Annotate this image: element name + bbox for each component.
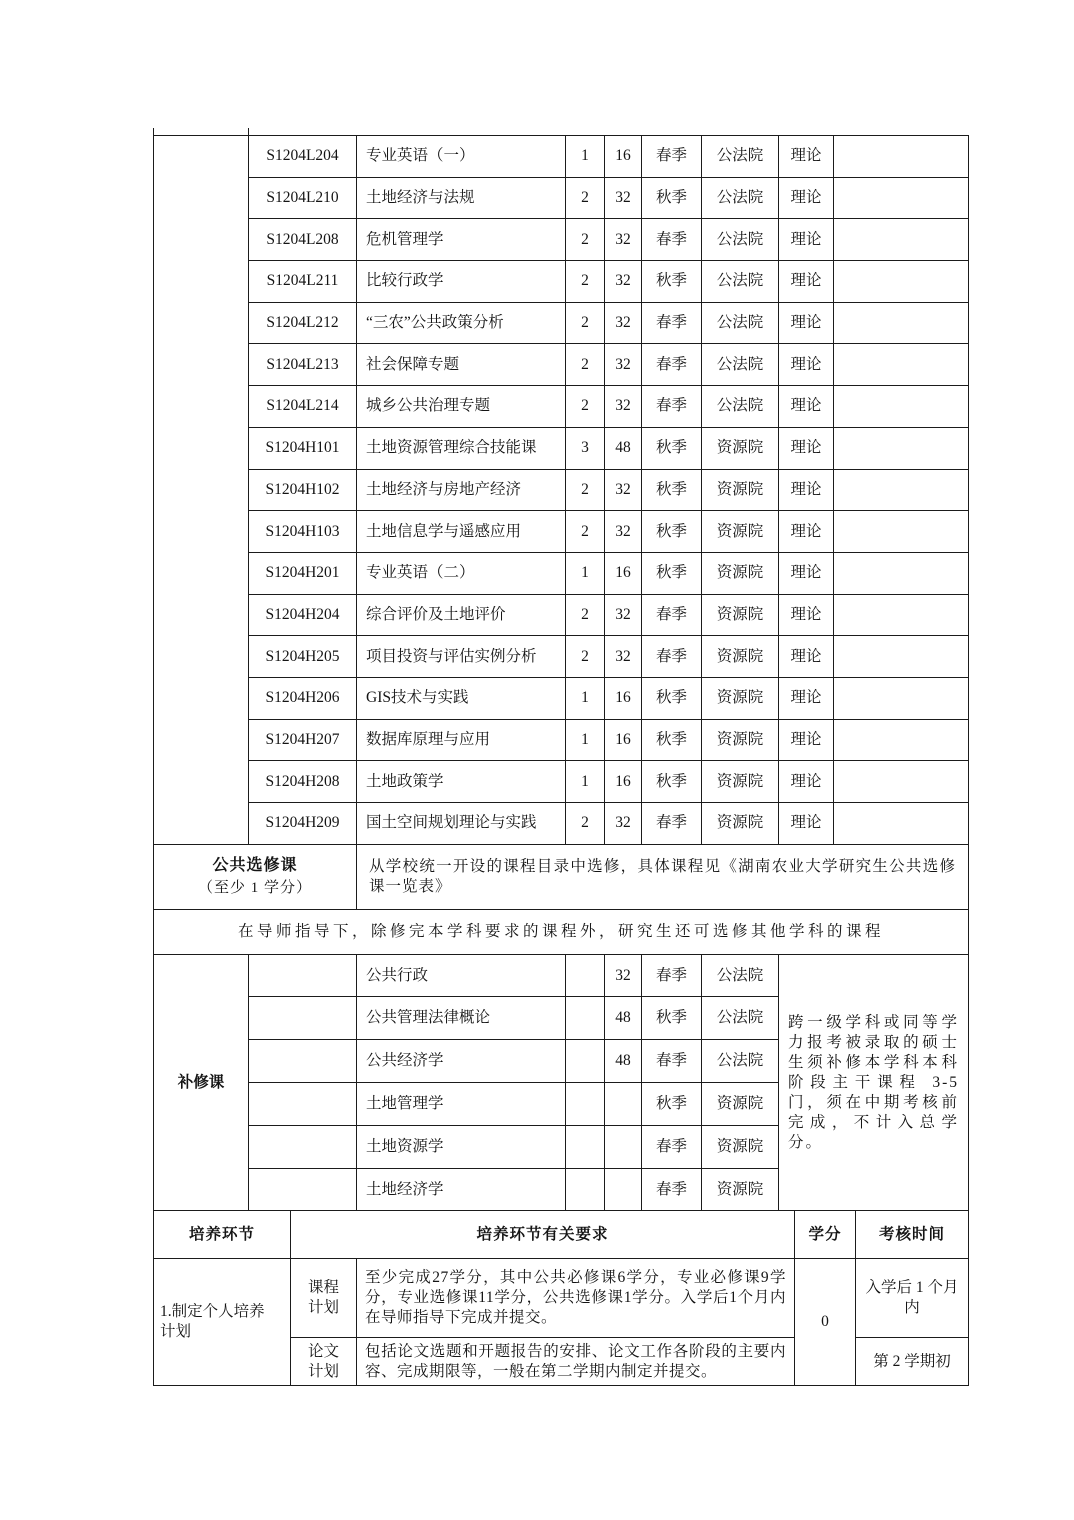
table-row: S1204H204 综合评价及土地评价 2 32 春季 资源院 理论	[154, 594, 969, 636]
course-remark-empty	[834, 511, 969, 553]
course-semester: 秋季	[642, 261, 702, 303]
table-row: S1204H208 土地政策学 1 16 秋季 资源院 理论	[154, 761, 969, 803]
course-remark-empty	[834, 594, 969, 636]
course-college: 资源院	[702, 636, 779, 678]
makeup-code-empty	[249, 954, 357, 997]
course-semester: 春季	[642, 219, 702, 261]
course-name: 社会保障专题	[357, 344, 566, 386]
course-name: 数据库原理与应用	[357, 719, 566, 761]
course-type: 理论	[779, 386, 834, 428]
makeup-course-college: 公法院	[702, 954, 779, 997]
course-credits: 1	[566, 136, 605, 178]
course-college: 资源院	[702, 427, 779, 469]
course-remark-empty	[834, 136, 969, 178]
course-name: 专业英语（二）	[357, 552, 566, 594]
course-type: 理论	[779, 761, 834, 803]
course-college: 公法院	[702, 386, 779, 428]
course-code: S1204L208	[249, 219, 357, 261]
course-credits: 1	[566, 761, 605, 803]
makeup-course-hours: 32	[605, 954, 642, 997]
course-hours: 32	[605, 594, 642, 636]
makeup-course-hours: 48	[605, 997, 642, 1040]
course-type: 理论	[779, 469, 834, 511]
course-name: “三农”公共政策分析	[357, 302, 566, 344]
course-college: 资源院	[702, 469, 779, 511]
table-row: S1204L213 社会保障专题 2 32 春季 公法院 理论	[154, 344, 969, 386]
course-semester: 春季	[642, 136, 702, 178]
course-code: S1204L204	[249, 136, 357, 178]
makeup-course-college: 公法院	[702, 1040, 779, 1083]
course-credits: 1	[566, 677, 605, 719]
course-college: 公法院	[702, 177, 779, 219]
course-semester: 秋季	[642, 177, 702, 219]
course-semester: 春季	[642, 344, 702, 386]
course-credits: 2	[566, 344, 605, 386]
header-requirement: 培养环节有关要求	[291, 1211, 795, 1259]
makeup-course-semester: 春季	[642, 1168, 702, 1211]
course-name: 土地政策学	[357, 761, 566, 803]
course-type: 理论	[779, 511, 834, 553]
table-row: S1204L208 危机管理学 2 32 春季 公法院 理论	[154, 219, 969, 261]
course-remark-empty	[834, 302, 969, 344]
course-plan-time: 入学后 1 个月内	[856, 1259, 969, 1338]
course-code: S1204H204	[249, 594, 357, 636]
table-row: S1204L214 城乡公共治理专题 2 32 春季 公法院 理论	[154, 386, 969, 428]
course-remark-empty	[834, 219, 969, 261]
course-remark-empty	[834, 427, 969, 469]
course-college: 资源院	[702, 803, 779, 845]
public-elective-min-credits: （至少 1 学分）	[155, 878, 355, 898]
table-row: 在导师指导下，除修完本学科要求的课程外，研究生还可选修其他学科的课程	[154, 909, 969, 954]
course-college: 公法院	[702, 219, 779, 261]
makeup-course-name: 土地管理学	[357, 1083, 566, 1126]
course-college: 资源院	[702, 511, 779, 553]
course-code: S1204L214	[249, 386, 357, 428]
course-hours: 32	[605, 511, 642, 553]
makeup-course-hours	[605, 1125, 642, 1168]
course-credits: 2	[566, 261, 605, 303]
public-elective-title: 公共选修课	[155, 856, 355, 876]
course-credits: 2	[566, 469, 605, 511]
table-row: S1204H103 土地信息学与遥感应用 2 32 秋季 资源院 理论	[154, 511, 969, 553]
course-name: 土地经济与房地产经济	[357, 469, 566, 511]
makeup-course-name: 土地经济学	[357, 1168, 566, 1211]
table-row: 1.制定个人培养计划 课程计划 至少完成27学分，其中公共必修课6学分，专业必修…	[154, 1259, 969, 1338]
course-type: 理论	[779, 427, 834, 469]
course-type: 理论	[779, 219, 834, 261]
course-credits: 2	[566, 386, 605, 428]
course-type: 理论	[779, 344, 834, 386]
course-name: GIS技术与实践	[357, 677, 566, 719]
makeup-section-label: 补修课	[154, 954, 249, 1211]
table-row: S1204L211 比较行政学 2 32 秋季 公法院 理论	[154, 261, 969, 303]
course-remark-empty	[834, 552, 969, 594]
course-hours: 32	[605, 261, 642, 303]
course-code: S1204L211	[249, 261, 357, 303]
course-college: 资源院	[702, 552, 779, 594]
course-code: S1204L210	[249, 177, 357, 219]
course-semester: 秋季	[642, 427, 702, 469]
course-credits: 2	[566, 511, 605, 553]
course-table: S1204L204 专业英语（一） 1 16 春季 公法院 理论 S1204L2…	[153, 135, 969, 845]
course-semester: 春季	[642, 594, 702, 636]
thesis-plan-time: 第 2 学期初	[856, 1338, 969, 1386]
table-row: S1204L212 “三农”公共政策分析 2 32 春季 公法院 理论	[154, 302, 969, 344]
course-type: 理论	[779, 552, 834, 594]
course-name: 国土空间规划理论与实践	[357, 803, 566, 845]
course-name: 项目投资与评估实例分析	[357, 636, 566, 678]
category-cell-cut-off	[154, 136, 249, 845]
header-stage: 培养环节	[154, 1211, 291, 1259]
makeup-course-name: 土地资源学	[357, 1125, 566, 1168]
course-hours: 32	[605, 636, 642, 678]
curriculum-table-sheet: S1204L204 专业英语（一） 1 16 春季 公法院 理论 S1204L2…	[153, 135, 968, 1386]
training-stage-body: 1.制定个人培养计划 课程计划 至少完成27学分，其中公共必修课6学分，专业必修…	[153, 1258, 969, 1386]
course-credits: 1	[566, 719, 605, 761]
course-credits: 2	[566, 636, 605, 678]
course-hours: 32	[605, 803, 642, 845]
course-credits: 2	[566, 219, 605, 261]
course-remark-empty	[834, 636, 969, 678]
makeup-code-empty	[249, 1040, 357, 1083]
course-code: S1204H206	[249, 677, 357, 719]
course-college: 公法院	[702, 136, 779, 178]
training-stage-header: 培养环节 培养环节有关要求 学分 考核时间	[153, 1210, 969, 1259]
makeup-course-semester: 春季	[642, 954, 702, 997]
thesis-plan-label: 论文计划	[291, 1338, 357, 1386]
course-semester: 秋季	[642, 511, 702, 553]
course-hours: 32	[605, 386, 642, 428]
course-semester: 秋季	[642, 677, 702, 719]
course-type: 理论	[779, 136, 834, 178]
course-type: 理论	[779, 594, 834, 636]
course-remark-empty	[834, 761, 969, 803]
public-elective-label-cell: 公共选修课 （至少 1 学分）	[154, 844, 357, 909]
makeup-code-empty	[249, 997, 357, 1040]
table-row: 补修课 公共行政 32 春季 公法院 跨一级学科或同等学力报考被录取的硕士生须补…	[154, 954, 969, 997]
course-remark-empty	[834, 469, 969, 511]
table-row: S1204H207 数据库原理与应用 1 16 秋季 资源院 理论	[154, 719, 969, 761]
course-type: 理论	[779, 636, 834, 678]
course-remark-empty	[834, 803, 969, 845]
course-type: 理论	[779, 719, 834, 761]
course-hours: 48	[605, 427, 642, 469]
makeup-course-credits	[566, 997, 605, 1040]
course-name: 城乡公共治理专题	[357, 386, 566, 428]
header-assessment-time: 考核时间	[856, 1211, 969, 1259]
course-code: S1204H201	[249, 552, 357, 594]
advisor-note-text: 在导师指导下，除修完本学科要求的课程外，研究生还可选修其他学科的课程	[154, 909, 969, 954]
course-credits: 2	[566, 594, 605, 636]
course-code: S1204H102	[249, 469, 357, 511]
table-row: S1204H101 土地资源管理综合技能课 3 48 秋季 资源院 理论	[154, 427, 969, 469]
makeup-course-name: 公共管理法律概论	[357, 997, 566, 1040]
makeup-code-empty	[249, 1168, 357, 1211]
course-semester: 春季	[642, 302, 702, 344]
course-name: 土地信息学与遥感应用	[357, 511, 566, 553]
training-item-label: 1.制定个人培养计划	[154, 1259, 291, 1386]
course-plan-requirement: 至少完成27学分，其中公共必修课6学分，专业必修课9学分，专业选修课11学分，公…	[357, 1259, 795, 1338]
table-row: 培养环节 培养环节有关要求 学分 考核时间	[154, 1211, 969, 1259]
course-semester: 秋季	[642, 761, 702, 803]
makeup-course-credits	[566, 1083, 605, 1126]
course-credits: 2	[566, 302, 605, 344]
table-row: S1204H205 项目投资与评估实例分析 2 32 春季 资源院 理论	[154, 636, 969, 678]
course-college: 资源院	[702, 719, 779, 761]
course-hours: 16	[605, 719, 642, 761]
course-remark-empty	[834, 719, 969, 761]
course-type: 理论	[779, 177, 834, 219]
course-hours: 32	[605, 302, 642, 344]
makeup-course-semester: 春季	[642, 1040, 702, 1083]
table-row: 公共选修课 （至少 1 学分） 从学校统一开设的课程目录中选修，具体课程见《湖南…	[154, 844, 969, 909]
header-credits: 学分	[795, 1211, 856, 1259]
course-credits: 2	[566, 803, 605, 845]
course-hours: 16	[605, 761, 642, 803]
course-name: 专业英语（一）	[357, 136, 566, 178]
cut-off-column-border	[153, 128, 249, 135]
course-name: 比较行政学	[357, 261, 566, 303]
course-type: 理论	[779, 302, 834, 344]
course-semester: 秋季	[642, 719, 702, 761]
makeup-code-empty	[249, 1125, 357, 1168]
makeup-course-credits	[566, 1125, 605, 1168]
makeup-course-hours	[605, 1168, 642, 1211]
makeup-course-name: 公共行政	[357, 954, 566, 997]
course-code: S1204H209	[249, 803, 357, 845]
course-code: S1204H205	[249, 636, 357, 678]
table-row: S1204H201 专业英语（二） 1 16 秋季 资源院 理论	[154, 552, 969, 594]
course-code: S1204H208	[249, 761, 357, 803]
table-row: S1204H206 GIS技术与实践 1 16 秋季 资源院 理论	[154, 677, 969, 719]
course-remark-empty	[834, 386, 969, 428]
course-type: 理论	[779, 677, 834, 719]
course-college: 资源院	[702, 761, 779, 803]
thesis-plan-requirement: 包括论文选题和开题报告的安排、论文工作各阶段的主要内容、完成期限等，一般在第二学…	[357, 1338, 795, 1386]
course-remark-empty	[834, 261, 969, 303]
course-semester: 春季	[642, 636, 702, 678]
course-remark-empty	[834, 177, 969, 219]
makeup-course-semester: 秋季	[642, 1083, 702, 1126]
course-semester: 春季	[642, 386, 702, 428]
makeup-code-empty	[249, 1083, 357, 1126]
course-hours: 16	[605, 136, 642, 178]
course-name: 土地资源管理综合技能课	[357, 427, 566, 469]
course-hours: 16	[605, 552, 642, 594]
makeup-section-note: 跨一级学科或同等学力报考被录取的硕士生须补修本学科本科阶段主干课程 3-5 门，…	[779, 954, 969, 1211]
course-type: 理论	[779, 803, 834, 845]
advisor-note-row: 在导师指导下，除修完本学科要求的课程外，研究生还可选修其他学科的课程	[153, 909, 969, 955]
table-row: S1204L210 土地经济与法规 2 32 秋季 公法院 理论	[154, 177, 969, 219]
makeup-course-hours	[605, 1083, 642, 1126]
course-remark-empty	[834, 344, 969, 386]
makeup-course-semester: 春季	[642, 1125, 702, 1168]
course-code: S1204H103	[249, 511, 357, 553]
course-hours: 16	[605, 677, 642, 719]
makeup-course-credits	[566, 1168, 605, 1211]
document-page: { "page": { "background": "#ffffff", "bo…	[0, 0, 1074, 1520]
course-college: 资源院	[702, 677, 779, 719]
course-hours: 32	[605, 344, 642, 386]
public-elective-description: 从学校统一开设的课程目录中选修，具体课程见《湖南农业大学研究生公共选修课一览表》	[357, 844, 969, 909]
course-semester: 春季	[642, 803, 702, 845]
course-hours: 32	[605, 177, 642, 219]
course-college: 公法院	[702, 302, 779, 344]
makeup-course-name: 公共经济学	[357, 1040, 566, 1083]
course-code: S1204L213	[249, 344, 357, 386]
course-college: 公法院	[702, 261, 779, 303]
course-credits: 1	[566, 552, 605, 594]
course-plan-label: 课程计划	[291, 1259, 357, 1338]
course-hours: 32	[605, 219, 642, 261]
makeup-course-hours: 48	[605, 1040, 642, 1083]
course-credits: 3	[566, 427, 605, 469]
makeup-course-credits	[566, 954, 605, 997]
course-type: 理论	[779, 261, 834, 303]
table-row: S1204H102 土地经济与房地产经济 2 32 秋季 资源院 理论	[154, 469, 969, 511]
table-row: S1204H209 国土空间规划理论与实践 2 32 春季 资源院 理论	[154, 803, 969, 845]
course-code: S1204L212	[249, 302, 357, 344]
makeup-course-semester: 秋季	[642, 997, 702, 1040]
course-name: 综合评价及土地评价	[357, 594, 566, 636]
course-name: 土地经济与法规	[357, 177, 566, 219]
course-semester: 秋季	[642, 552, 702, 594]
public-elective-row: 公共选修课 （至少 1 学分） 从学校统一开设的课程目录中选修，具体课程见《湖南…	[153, 844, 969, 910]
course-code: S1204H207	[249, 719, 357, 761]
course-college: 资源院	[702, 594, 779, 636]
makeup-course-college: 资源院	[702, 1168, 779, 1211]
course-remark-empty	[834, 677, 969, 719]
makeup-course-college: 资源院	[702, 1125, 779, 1168]
course-code: S1204H101	[249, 427, 357, 469]
makeup-course-college: 资源院	[702, 1083, 779, 1126]
course-name: 危机管理学	[357, 219, 566, 261]
training-item-credits: 0	[795, 1259, 856, 1386]
table-row: S1204L204 专业英语（一） 1 16 春季 公法院 理论	[154, 136, 969, 178]
course-hours: 32	[605, 469, 642, 511]
course-credits: 2	[566, 177, 605, 219]
course-semester: 秋季	[642, 469, 702, 511]
course-college: 公法院	[702, 344, 779, 386]
makeup-course-college: 公法院	[702, 997, 779, 1040]
makeup-course-credits	[566, 1040, 605, 1083]
makeup-course-table: 补修课 公共行政 32 春季 公法院 跨一级学科或同等学力报考被录取的硕士生须补…	[153, 954, 969, 1212]
